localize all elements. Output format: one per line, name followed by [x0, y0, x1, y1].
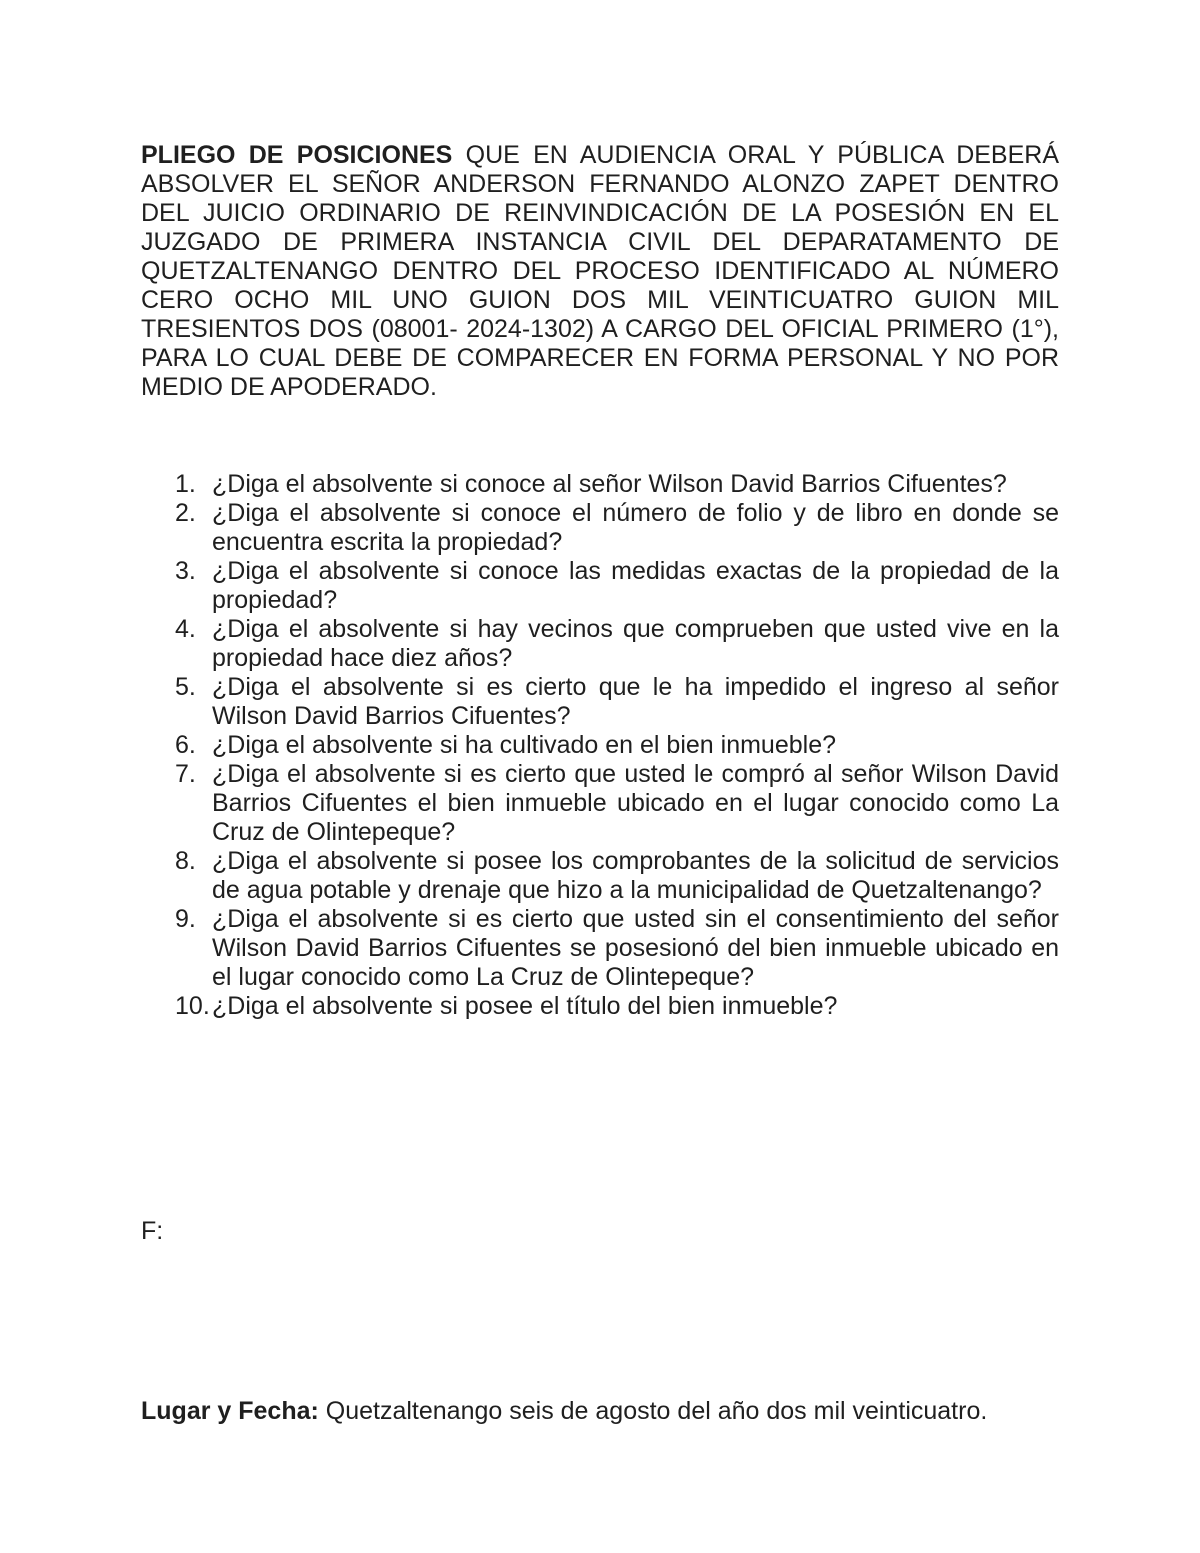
- questions-list: ¿Diga el absolvente si conoce al señor W…: [141, 470, 1059, 1021]
- question-item-7: ¿Diga el absolvente si es cierto que ust…: [212, 760, 1059, 847]
- question-item-2: ¿Diga el absolvente si conoce el número …: [212, 499, 1059, 557]
- place-date-text: Quetzaltenango seis de agosto del año do…: [319, 1397, 987, 1425]
- document-page: PLIEGO DE POSICIONES QUE EN AUDIENCIA OR…: [0, 0, 1200, 1553]
- header-paragraph: PLIEGO DE POSICIONES QUE EN AUDIENCIA OR…: [141, 141, 1059, 402]
- question-item-5: ¿Diga el absolvente si es cierto que le …: [212, 673, 1059, 731]
- place-date-label: Lugar y Fecha:: [141, 1397, 319, 1425]
- signature-label: F:: [141, 1217, 1059, 1246]
- question-item-1: ¿Diga el absolvente si conoce al señor W…: [212, 470, 1059, 499]
- question-item-3: ¿Diga el absolvente si conoce las medida…: [212, 557, 1059, 615]
- header-body-text: QUE EN AUDIENCIA ORAL Y PÚBLICA DEBERÁ A…: [141, 141, 1059, 401]
- question-item-4: ¿Diga el absolvente si hay vecinos que c…: [212, 615, 1059, 673]
- document-title: PLIEGO DE POSICIONES: [141, 141, 452, 169]
- question-item-9: ¿Diga el absolvente si es cierto que ust…: [212, 905, 1059, 992]
- place-date-line: Lugar y Fecha: Quetzaltenango seis de ag…: [141, 1397, 1059, 1426]
- question-item-6: ¿Diga el absolvente si ha cultivado en e…: [212, 731, 1059, 760]
- question-item-10: ¿Diga el absolvente si posee el título d…: [212, 992, 1059, 1021]
- question-item-8: ¿Diga el absolvente si posee los comprob…: [212, 847, 1059, 905]
